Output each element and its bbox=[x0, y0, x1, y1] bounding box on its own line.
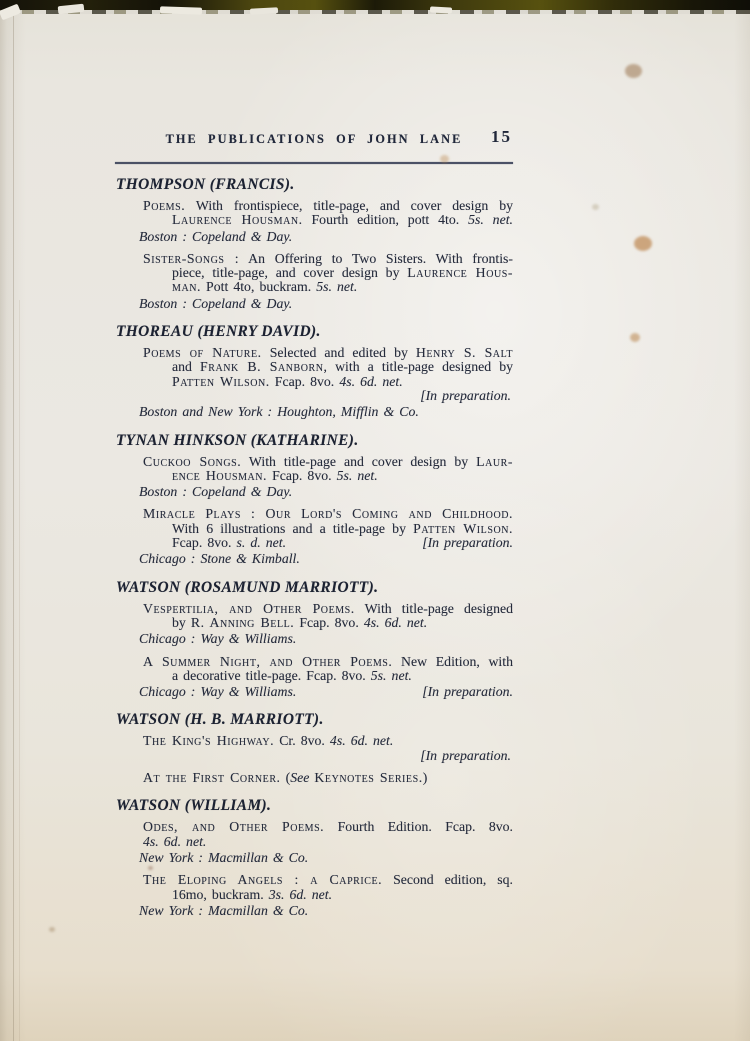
text-segment-r: Fourth Edition. Fcap. 8vo. bbox=[324, 819, 513, 834]
author-section: THOMPSON (FRANCIS).Poems. With frontispi… bbox=[115, 176, 513, 311]
text-segment-it: New York : Macmillan & Co. bbox=[139, 903, 308, 918]
author-heading: WATSON (H. B. MARRIOTT). bbox=[116, 711, 513, 729]
entry-line: With 6 illustrations and a title-page by… bbox=[172, 522, 513, 536]
foxing-stain bbox=[440, 155, 449, 163]
book-entry: A Summer Night, and Other Poems. New Edi… bbox=[115, 655, 513, 700]
text-segment-r: 16mo, buckram. bbox=[172, 887, 269, 902]
author-section: WATSON (H. B. MARRIOTT).The King's Highw… bbox=[115, 711, 513, 785]
text-segment-it: 5s. net. bbox=[371, 668, 412, 683]
entry-line: At the First Corner. (See Keynotes Serie… bbox=[143, 771, 513, 785]
text-segment-sc: Vespertilia, and Other Poems. bbox=[143, 601, 355, 616]
entry-line: New York : Macmillan & Co. bbox=[139, 904, 513, 918]
author-heading: WATSON (ROSAMUND MARRIOTT). bbox=[116, 579, 513, 597]
text-segment-it: 5s. net. bbox=[316, 279, 357, 294]
entry-line: Sister-Songs : An Offering to Two Sister… bbox=[143, 252, 513, 266]
entry-line: Miracle Plays : Our Lord's Coming and Ch… bbox=[143, 507, 513, 521]
text-segment-r: ( bbox=[281, 770, 291, 785]
entry-line: Chicago : Way & Williams.[In preparation… bbox=[139, 685, 513, 699]
text-segment-sc: ence Housman. bbox=[172, 468, 267, 483]
entry-line: 16mo, buckram. 3s. 6d. net. bbox=[172, 888, 513, 902]
text-segment-r: by bbox=[172, 615, 191, 630]
entry-line: Boston : Copeland & Day. bbox=[139, 230, 513, 244]
paper-chip bbox=[160, 6, 202, 14]
page-title: THE PUBLICATIONS OF JOHN LANE bbox=[166, 132, 463, 146]
text-segment-it: Boston : Copeland & Day. bbox=[139, 296, 292, 311]
text-segment-it: 4s. 6d. net. bbox=[364, 615, 427, 630]
text-segment-sc: Sister-Songs : bbox=[143, 251, 239, 266]
entry-line: ence Housman. Fcap. 8vo. 5s. net. bbox=[172, 469, 513, 483]
text-segment-r: and bbox=[172, 359, 200, 374]
book-entry: Vespertilia, and Other Poems. With title… bbox=[115, 602, 513, 647]
text-segment-it: s. d. net. bbox=[237, 535, 287, 550]
text-segment-sc: Keynotes Series. bbox=[314, 770, 422, 785]
foxing-stain bbox=[592, 204, 599, 210]
entry-line: The King's Highway. Cr. 8vo. 4s. 6d. net… bbox=[143, 734, 513, 748]
text-segment-r: Second edition, sq. bbox=[382, 872, 513, 887]
page-number: 15 bbox=[491, 127, 512, 147]
text-segment-r: ) bbox=[423, 770, 428, 785]
catalog-sections: THOMPSON (FRANCIS).Poems. With frontispi… bbox=[115, 176, 513, 918]
author-section: WATSON (ROSAMUND MARRIOTT).Vespertilia, … bbox=[115, 579, 513, 700]
text-segment-sc: R. Anning Bell. bbox=[191, 615, 294, 630]
text-segment-r: Fcap. 8vo. bbox=[294, 615, 364, 630]
text-segment-sc: Poems of Nature. bbox=[143, 345, 262, 360]
entry-line: New York : Macmillan & Co. bbox=[139, 851, 513, 865]
entry-line: Poems of Nature. Selected and edited by … bbox=[143, 346, 513, 360]
text-segment-r: piece, title-page, and cover design by bbox=[172, 265, 407, 280]
text-segment-r: Fcap. 8vo. bbox=[172, 535, 237, 550]
entry-line: Laurence Housman. Fourth edition, pott 4… bbox=[172, 213, 513, 227]
entry-line: Vespertilia, and Other Poems. With title… bbox=[143, 602, 513, 616]
foxing-stain bbox=[49, 927, 55, 932]
running-header: THE PUBLICATIONS OF JOHN LANE 15 bbox=[115, 130, 513, 154]
text-segment-it: See bbox=[290, 770, 309, 785]
foxing-stain bbox=[634, 236, 652, 251]
text-segment-it: Boston : Copeland & Day. bbox=[139, 229, 292, 244]
preparation-note: [In preparation. bbox=[422, 536, 513, 550]
author-section: TYNAN HINKSON (KATHARINE).Cuckoo Songs. … bbox=[115, 432, 513, 567]
text-segment-sc: Patten Wilson. bbox=[172, 374, 270, 389]
book-entry: Miracle Plays : Our Lord's Coming and Ch… bbox=[115, 507, 513, 566]
text-segment-sc: Miracle Plays : Our Lord's Coming and Ch… bbox=[143, 506, 513, 521]
foxing-stain bbox=[148, 866, 153, 870]
text-segment-sc: Laurence Housman. bbox=[172, 212, 303, 227]
book-entry: Odes, and Other Poems. Fourth Edition. F… bbox=[115, 820, 513, 865]
text-segment-r: Fcap. 8vo. bbox=[270, 374, 340, 389]
book-entry: Poems. With frontispiece, title-page, an… bbox=[115, 199, 513, 244]
text-segment-r: Fcap. 8vo. bbox=[267, 468, 337, 483]
text-segment-it: Boston : Copeland & Day. bbox=[139, 484, 292, 499]
text-segment-sc: A Summer Night, and Other Poems. bbox=[143, 654, 392, 669]
entry-line: Boston : Copeland & Day. bbox=[139, 485, 513, 499]
text-segment-r: An Offering to Two Sisters. With frontis… bbox=[239, 251, 513, 266]
book-entry: At the First Corner. (See Keynotes Serie… bbox=[115, 771, 513, 785]
entry-line: man. Pott 4to, buckram. 5s. net. bbox=[172, 280, 513, 294]
entry-line: Boston and New York : Houghton, Mifflin … bbox=[139, 405, 513, 419]
text-segment-r: Cr. 8vo. bbox=[274, 733, 330, 748]
preparation-note: [In preparation. bbox=[422, 685, 513, 699]
entry-line: The Eloping Angels : a Caprice. Second e… bbox=[143, 873, 513, 887]
page-gutter-crease bbox=[13, 12, 14, 1041]
entry-line: a decorative title-page. Fcap. 8vo. 5s. … bbox=[172, 669, 513, 683]
entry-line: piece, title-page, and cover design by L… bbox=[172, 266, 513, 280]
text-segment-sc: Poems. bbox=[143, 198, 185, 213]
text-segment-sc: Cuckoo Songs. bbox=[143, 454, 241, 469]
text-segment-it: 4s. 6d. net. bbox=[330, 733, 393, 748]
text-segment-it: 5s. net. bbox=[468, 212, 513, 227]
text-segment-it: New York : Macmillan & Co. bbox=[139, 850, 308, 865]
author-heading: WATSON (WILLIAM). bbox=[116, 797, 513, 815]
book-binding-edge bbox=[0, 0, 750, 10]
text-segment-it: 5s. net. bbox=[337, 468, 378, 483]
text-segment-sc: Henry S. Salt bbox=[416, 345, 513, 360]
text-segment-sc: Laurence Hous- bbox=[407, 265, 513, 280]
text-segment-r: With title-page and cover design by bbox=[241, 454, 476, 469]
text-segment-r: a decorative title-page. Fcap. 8vo. bbox=[172, 668, 371, 683]
book-entry: Cuckoo Songs. With title-page and cover … bbox=[115, 455, 513, 500]
entry-line: by R. Anning Bell. Fcap. 8vo. 4s. 6d. ne… bbox=[172, 616, 513, 630]
author-section: WATSON (WILLIAM).Odes, and Other Poems. … bbox=[115, 797, 513, 918]
text-segment-r: , with a title-page designed by bbox=[324, 359, 513, 374]
text-segment-r: Fourth edition, pott 4to. bbox=[303, 212, 468, 227]
text-segment-sc: Laur- bbox=[476, 454, 513, 469]
entry-line: Patten Wilson. Fcap. 8vo. 4s. 6d. net. bbox=[172, 375, 513, 389]
text-segment-it: 4s. 6d. net. bbox=[339, 374, 402, 389]
entry-line: A Summer Night, and Other Poems. New Edi… bbox=[143, 655, 513, 669]
text-segment-it: [In preparation. bbox=[420, 748, 511, 763]
text-segment-sc: The King's Highway. bbox=[143, 733, 274, 748]
author-heading: THOREAU (HENRY DAVID). bbox=[116, 323, 513, 341]
text-segment-sc: The Eloping Angels : a Caprice. bbox=[143, 872, 382, 887]
entry-line: Odes, and Other Poems. Fourth Edition. F… bbox=[143, 820, 513, 834]
text-segment-sc: Frank B. Sanborn bbox=[200, 359, 324, 374]
text-segment-r: Selected and edited by bbox=[262, 345, 416, 360]
text-segment-it: 3s. 6d. net. bbox=[269, 887, 332, 902]
foxing-stain bbox=[630, 333, 640, 342]
entry-line: 4s. 6d. net. bbox=[143, 835, 513, 849]
text-segment-sc: man. bbox=[172, 279, 201, 294]
text-segment-r: With frontispiece, title-page, and cover… bbox=[185, 198, 513, 213]
entry-line: and Frank B. Sanborn, with a title-page … bbox=[172, 360, 513, 374]
author-heading: THOMPSON (FRANCIS). bbox=[116, 176, 513, 194]
header-rule bbox=[115, 162, 513, 164]
text-segment-it: 4s. 6d. net. bbox=[143, 834, 206, 849]
text-segment-sc: Patten Wilson. bbox=[413, 521, 513, 536]
text-segment-r: New Edition, with bbox=[392, 654, 513, 669]
text-segment-it: Boston and New York : Houghton, Mifflin … bbox=[139, 404, 419, 419]
paper-chip bbox=[430, 6, 452, 13]
entry-line: Chicago : Stone & Kimball. bbox=[139, 552, 513, 566]
binding-ragged-edge bbox=[0, 10, 750, 14]
text-segment-sc: At the First Corner. bbox=[143, 770, 281, 785]
author-heading: TYNAN HINKSON (KATHARINE). bbox=[116, 432, 513, 450]
entry-line: [In preparation. bbox=[115, 389, 511, 403]
entry-line: Poems. With frontispiece, title-page, an… bbox=[143, 199, 513, 213]
book-entry: Sister-Songs : An Offering to Two Sister… bbox=[115, 252, 513, 311]
author-section: THOREAU (HENRY DAVID).Poems of Nature. S… bbox=[115, 323, 513, 419]
page-gutter-crease-2 bbox=[19, 300, 20, 1041]
catalog-page: THE PUBLICATIONS OF JOHN LANE 15 THOMPSO… bbox=[115, 130, 513, 926]
foxing-stain bbox=[625, 64, 642, 78]
text-segment-it: Chicago : Way & Williams. bbox=[139, 684, 296, 699]
entry-line: Cuckoo Songs. With title-page and cover … bbox=[143, 455, 513, 469]
entry-line: [In preparation. bbox=[115, 749, 511, 763]
text-segment-r: Pott 4to, buckram. bbox=[201, 279, 316, 294]
entry-line: Boston : Copeland & Day. bbox=[139, 297, 513, 311]
text-segment-r: With 6 illustrations and a title-page by bbox=[172, 521, 413, 536]
text-segment-it: Chicago : Way & Williams. bbox=[139, 631, 296, 646]
entry-line: Fcap. 8vo. s. d. net.[In preparation. bbox=[172, 536, 513, 550]
book-entry: The King's Highway. Cr. 8vo. 4s. 6d. net… bbox=[115, 734, 513, 763]
text-segment-it: [In preparation. bbox=[420, 388, 511, 403]
text-segment-r: With title-page designed bbox=[355, 601, 513, 616]
book-entry: Poems of Nature. Selected and edited by … bbox=[115, 346, 513, 419]
entry-line: Chicago : Way & Williams. bbox=[139, 632, 513, 646]
text-segment-sc: Odes, and Other Poems. bbox=[143, 819, 324, 834]
text-segment-it: Chicago : Stone & Kimball. bbox=[139, 551, 300, 566]
book-entry: The Eloping Angels : a Caprice. Second e… bbox=[115, 873, 513, 918]
